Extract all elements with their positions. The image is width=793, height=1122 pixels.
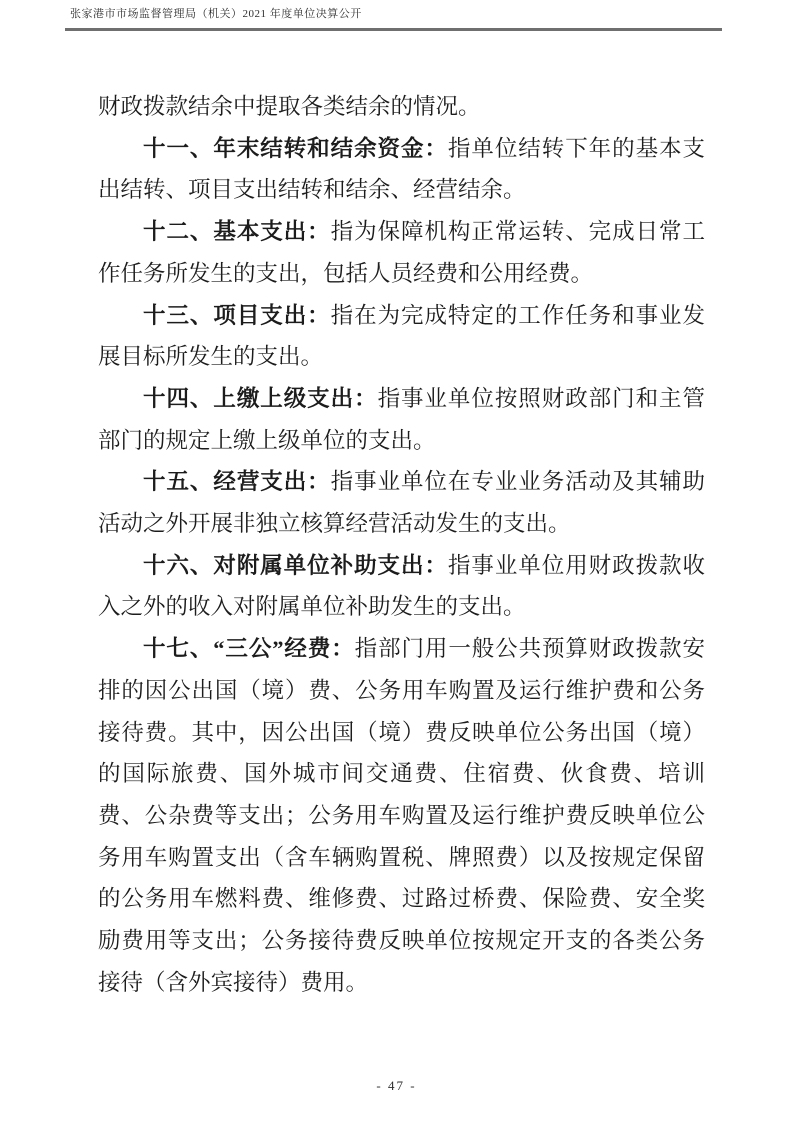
paragraph-item-16: 十六、对附属单位补助支出：指事业单位用财政拨款收入之外的收入对附属单位补助发生的… bbox=[98, 545, 705, 628]
paragraph-item-14: 十四、上缴上级支出：指事业单位按照财政部门和主管部门的规定上缴上级单位的支出。 bbox=[98, 378, 705, 461]
paragraph-lead: 十六、对附属单位补助支出： bbox=[143, 553, 448, 578]
paragraph-lead: 十四、上缴上级支出： bbox=[143, 386, 378, 411]
paragraph-item-17: 十七、“三公”经费：指部门用一般公共预算财政拨款安排的因公出国（境）费、公务用车… bbox=[98, 628, 705, 1003]
page-header: 张家港市市场监督管理局（机关）2021 年度单位决算公开 bbox=[65, 6, 722, 31]
page-footer: - 47 - bbox=[0, 1078, 793, 1094]
paragraph-lead: 十三、项目支出： bbox=[143, 303, 331, 328]
document-page: 张家港市市场监督管理局（机关）2021 年度单位决算公开 财政拨款结余中提取各类… bbox=[0, 0, 793, 1122]
paragraph-item-13: 十三、项目支出：指在为完成特定的工作任务和事业发展目标所发生的支出。 bbox=[98, 295, 705, 378]
paragraph-item-11: 十一、年末结转和结余资金：指单位结转下年的基本支出结转、项目支出结转和结余、经营… bbox=[98, 128, 705, 211]
paragraph-text: 指部门用一般公共预算财政拨款安排的因公出国（境）费、公务用车购置及运行维护费和公… bbox=[98, 636, 705, 995]
paragraph-lead: 十五、经营支出： bbox=[143, 469, 331, 494]
header-title: 张家港市市场监督管理局（机关）2021 年度单位决算公开 bbox=[65, 6, 722, 22]
paragraph-continuation: 财政拨款结余中提取各类结余的情况。 bbox=[98, 86, 705, 128]
paragraph-lead: 十二、基本支出： bbox=[143, 219, 331, 244]
paragraph-lead: 十一、年末结转和结余资金： bbox=[143, 136, 448, 161]
page-number: - 47 - bbox=[376, 1078, 416, 1093]
document-body: 财政拨款结余中提取各类结余的情况。 十一、年末结转和结余资金：指单位结转下年的基… bbox=[98, 86, 705, 1003]
paragraph-item-12: 十二、基本支出：指为保障机构正常运转、完成日常工作任务所发生的支出，包括人员经费… bbox=[98, 211, 705, 294]
paragraph-item-15: 十五、经营支出：指事业单位在专业业务活动及其辅助活动之外开展非独立核算经营活动发… bbox=[98, 461, 705, 544]
paragraph-lead: 十七、“三公”经费： bbox=[143, 636, 355, 661]
